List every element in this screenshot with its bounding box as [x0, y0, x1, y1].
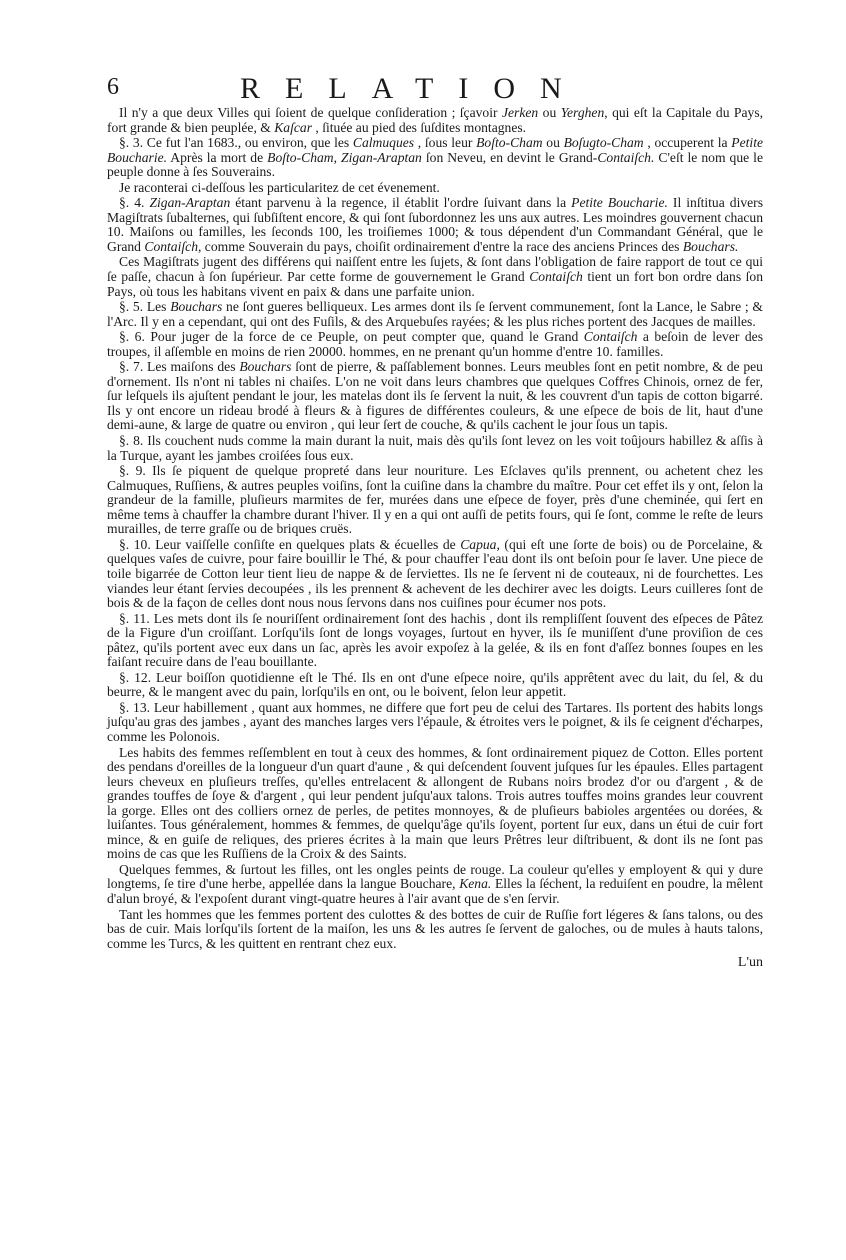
- paragraph-s7: §. 7. Les maiſons des Bouchars ſont de p…: [107, 360, 763, 433]
- paragraph-s9: §. 9. Ils ſe piquent de quelque propreté…: [107, 464, 763, 537]
- paragraph-p-culottes: Tant les hommes que les femmes portent d…: [107, 908, 763, 952]
- paragraph-s4: §. 4. Zigan-Araptan étant parvenu à la r…: [107, 196, 763, 254]
- catchword: L'un: [107, 955, 763, 971]
- paragraph-s3: §. 3. Ce fut l'an 1683., ou environ, que…: [107, 136, 763, 180]
- paragraph-s13: §. 13. Leur habillement , quant aux homm…: [107, 701, 763, 745]
- paragraph-p-raconterai: Je raconterai ci-deſſous les particulari…: [107, 181, 763, 196]
- paragraph-p-ongles: Quelques femmes, & ſurtout les filles, o…: [107, 863, 763, 907]
- running-title: RELATION: [240, 72, 587, 106]
- book-page: 6 RELATION Il n'y a que deux Villes qui …: [107, 72, 763, 971]
- paragraph-s12: §. 12. Leur boiſſon quotidienne eſt le T…: [107, 671, 763, 700]
- body-text: Il n'y a que deux Villes qui ſoient de q…: [107, 106, 763, 951]
- paragraph-s5: §. 5. Les Bouchars ne ſont gueres belliq…: [107, 300, 763, 329]
- page-number: 6: [107, 74, 119, 101]
- paragraph-p-magistrats: Ces Magiſtrats jugent des différens qui …: [107, 255, 763, 299]
- page-header: 6 RELATION: [107, 72, 763, 106]
- paragraph-s10: §. 10. Leur vaiſſelle conſiſte en quelqu…: [107, 538, 763, 611]
- paragraph-s6: §. 6. Pour juger de la force de ce Peupl…: [107, 330, 763, 359]
- paragraph-s11: §. 11. Les mets dont ils ſe nouriſſent o…: [107, 612, 763, 670]
- paragraph-p-villes: Il n'y a que deux Villes qui ſoient de q…: [107, 106, 763, 135]
- paragraph-p-femmes: Les habits des femmes reſſemblent en tou…: [107, 746, 763, 862]
- paragraph-s8: §. 8. Ils couchent nuds comme la main du…: [107, 434, 763, 463]
